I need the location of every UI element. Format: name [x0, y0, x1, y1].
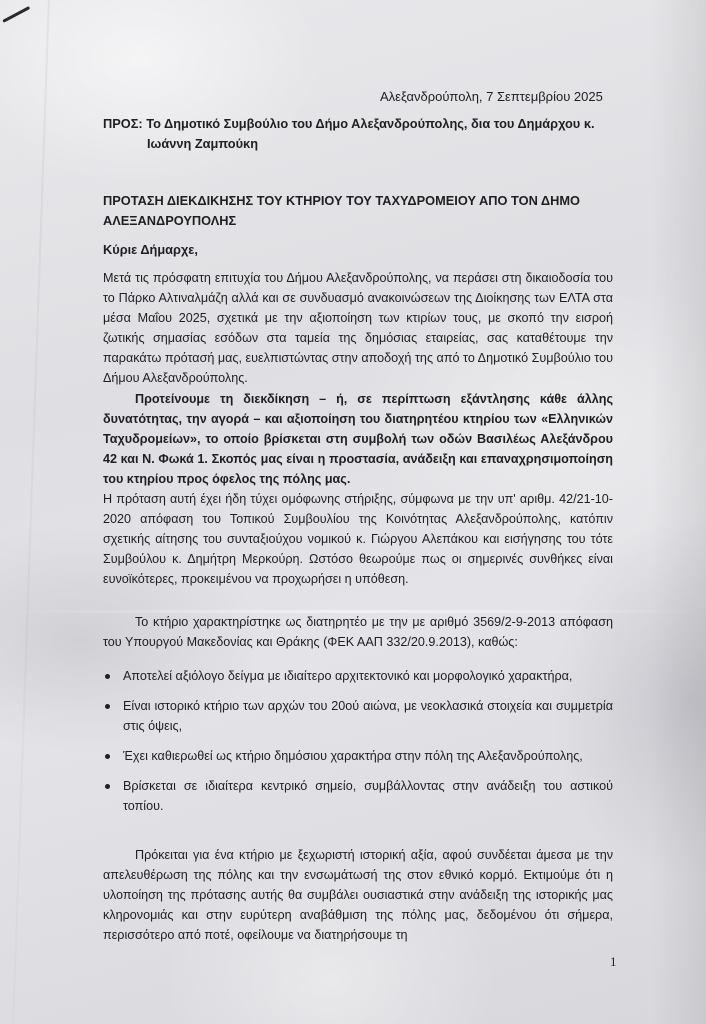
building-characteristics-list: Αποτελεί αξιόλογο δείγμα με ιδιαίτερο αρ… — [103, 666, 613, 826]
list-item: Βρίσκεται σε ιδιαίτερα κεντρικό σημείο, … — [103, 776, 613, 816]
paper-shadow — [650, 0, 706, 1024]
bullet-icon — [105, 674, 110, 679]
pen-mark — [2, 6, 30, 23]
list-item: Αποτελεί αξιόλογο δείγμα με ιδιαίτερο αρ… — [103, 666, 613, 686]
letter-salutation: Κύριε Δήμαρχε, — [103, 240, 198, 260]
bullet-icon — [105, 784, 110, 789]
recipient-line-1: ΠΡΟΣ: Το Δημοτικό Συμβούλιο του Δήμο Αλε… — [103, 116, 595, 131]
paragraph-historical-value: Πρόκειται για ένα κτήριο με ξεχωριστή ισ… — [103, 845, 613, 945]
paragraph-proposal: Προτείνουμε τη διεκδίκηση – ή, σε περίπτ… — [103, 389, 613, 489]
list-item-text: Έχει καθιερωθεί ως κτήριο δημόσιου χαρακ… — [123, 749, 583, 763]
list-item: Έχει καθιερωθεί ως κτήριο δημόσιου χαρακ… — [103, 746, 613, 766]
paper-sheet: Αλεξανδρούπολη, 7 Σεπτεμβρίου 2025 ΠΡΟΣ:… — [0, 0, 706, 1024]
page-number: 1 — [610, 952, 617, 972]
letter-date: Αλεξανδρούπολη, 7 Σεπτεμβρίου 2025 — [380, 87, 603, 107]
list-item: Είναι ιστορικό κτήριο των αρχών του 20ού… — [103, 696, 613, 736]
list-item-text: Βρίσκεται σε ιδιαίτερα κεντρικό σημείο, … — [123, 779, 613, 813]
paper-fold — [12, 0, 50, 1024]
paragraph-introduction: Μετά τις πρόσφατη επιτυχία του Δήμου Αλε… — [103, 268, 613, 388]
list-item-text: Αποτελεί αξιόλογο δείγμα με ιδιαίτερο αρ… — [123, 669, 572, 683]
letter-recipient: ΠΡΟΣ: Το Δημοτικό Συμβούλιο του Δήμο Αλε… — [103, 114, 623, 154]
paragraph-listing-decision: Το κτήριο χαρακτηρίστηκε ως διατηρητέο μ… — [103, 612, 613, 652]
recipient-line-2: Ιωάννη Ζαμπούκη — [103, 134, 623, 154]
list-item-text: Είναι ιστορικό κτήριο των αρχών του 20ού… — [123, 699, 613, 733]
letter-title: ΠΡΟΤΑΣΗ ΔΙΕΚΔΙΚΗΣΗΣ ΤΟΥ ΚΤΗΡΙΟΥ ΤΟΥ ΤΑΧΥ… — [103, 191, 583, 231]
bullet-icon — [105, 704, 110, 709]
paragraph-background: Η πρόταση αυτή έχει ήδη τύχει ομόφωνης σ… — [103, 489, 613, 589]
bullet-icon — [105, 754, 110, 759]
